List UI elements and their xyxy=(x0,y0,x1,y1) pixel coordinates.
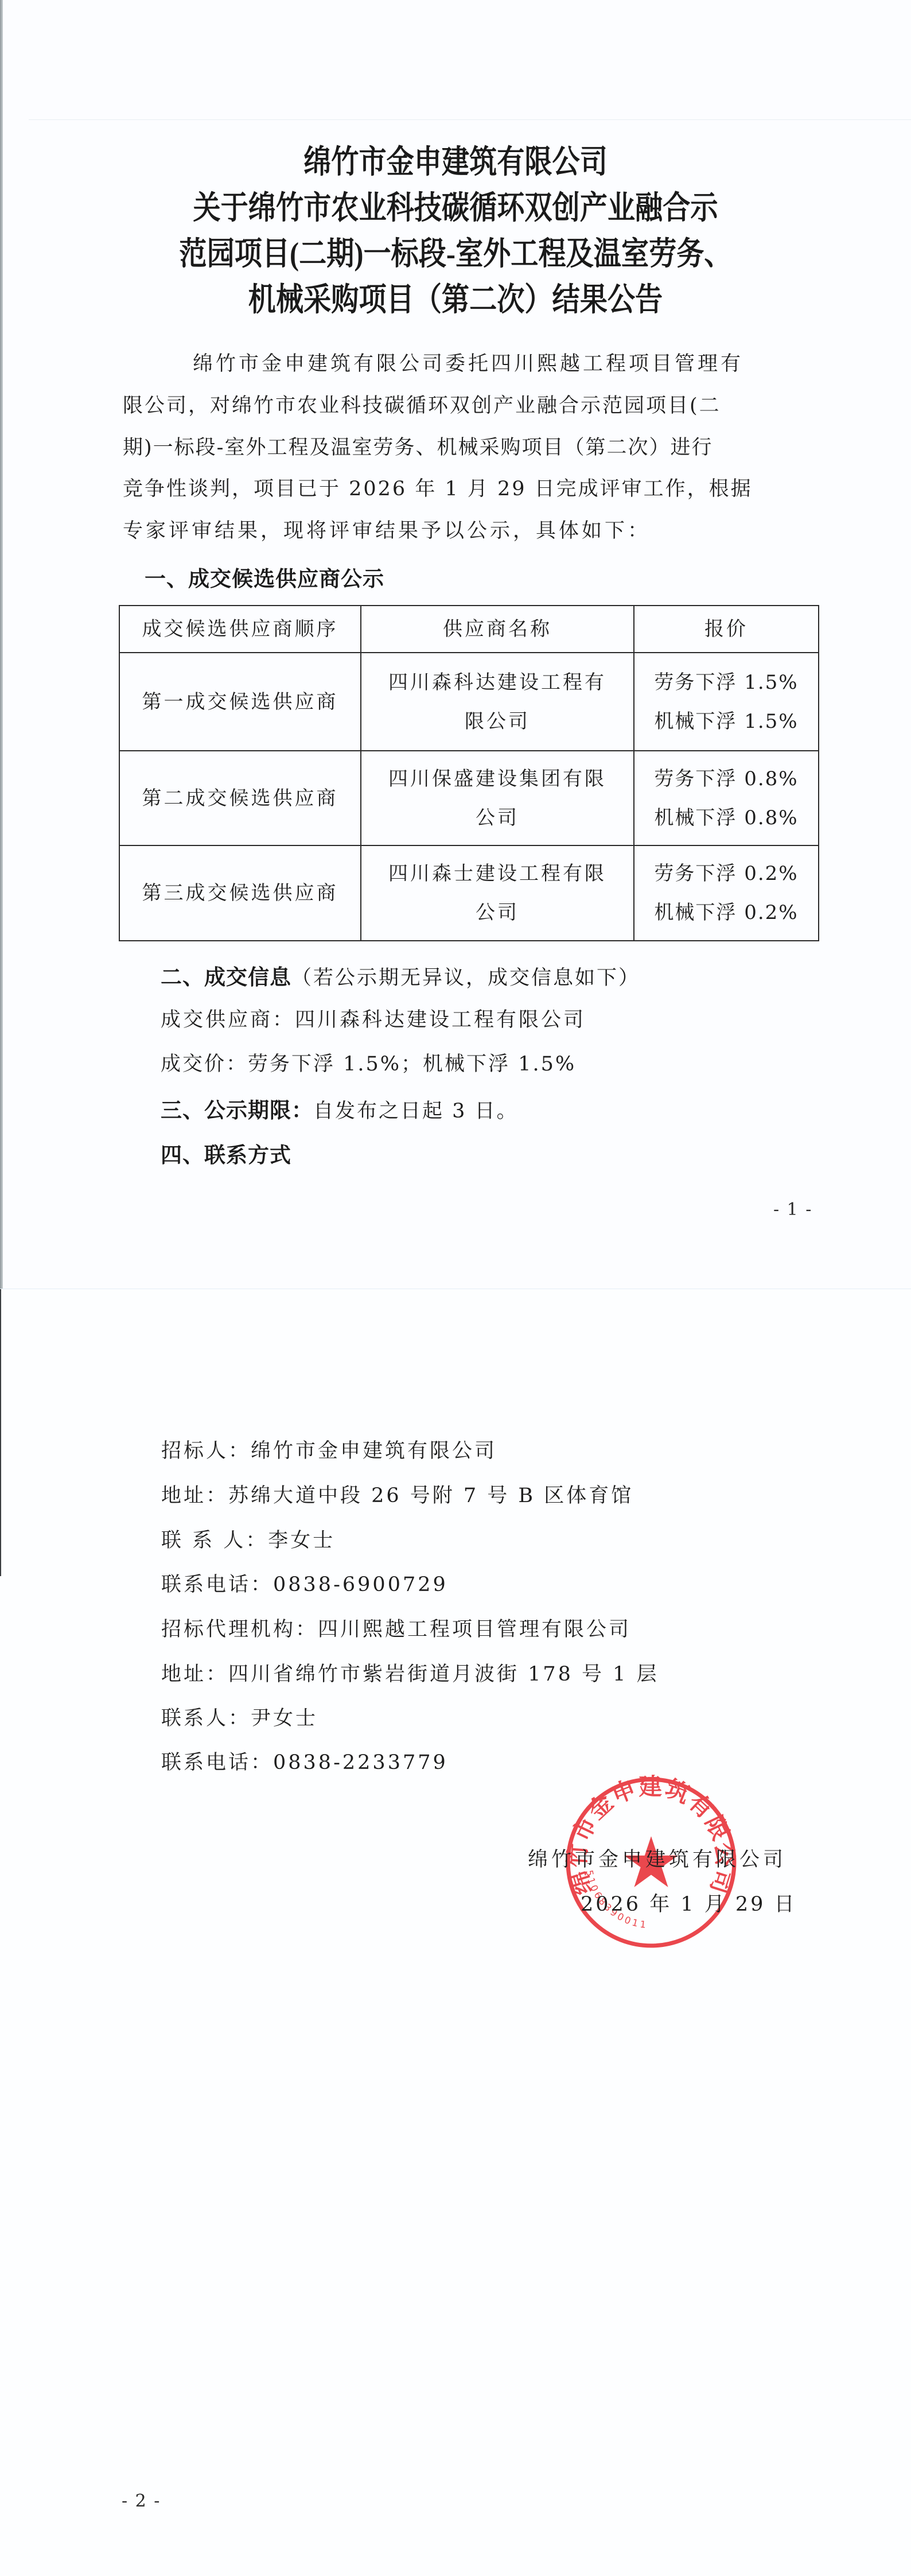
price-line: 劳务下浮 0.8% xyxy=(654,759,798,798)
scan-left-edge xyxy=(0,0,3,1289)
supplier-cell: 四川森士建设工程有限 公司 xyxy=(361,846,634,940)
section-4-heading: 四、联系方式 xyxy=(161,1138,291,1169)
intro-line-3: 期)一标段-室外工程及温室劳务、机械采购项目（第二次）进行 xyxy=(123,432,713,460)
supplier-line: 四川保盛建设集团有限 xyxy=(388,759,606,798)
tenderer-address: 地址：苏绵大道中段 26 号附 7 号 B 区体育馆 xyxy=(161,1480,633,1508)
section-2-note: （若公示期无异议，成交信息如下） xyxy=(291,967,640,990)
price-line: 机械下浮 1.5% xyxy=(654,702,798,741)
section-2-heading: 二、成交信息（若公示期无异议，成交信息如下） xyxy=(161,960,640,991)
supplier-cell: 四川保盛建设集团有限 公司 xyxy=(361,751,634,845)
section-3-title: 三、公示期限： xyxy=(161,1098,313,1123)
candidate-table: 成交候选供应商顺序 供应商名称 报价 第一成交候选供应商 四川森科达建设工程有 … xyxy=(119,605,819,941)
price-cell: 劳务下浮 0.2% 机械下浮 0.2% xyxy=(634,846,818,940)
supplier-line: 限公司 xyxy=(465,702,530,741)
signature-date: 2026 年 1 月 29 日 xyxy=(581,1888,797,1917)
scan-left-edge xyxy=(0,1289,1,1576)
title-line-1: 绵竹市金申建筑有限公司 xyxy=(64,137,847,183)
supplier-line: 四川森士建设工程有限 xyxy=(388,854,606,893)
agency-phone: 联系电话：0838-2233779 xyxy=(161,1747,448,1775)
rank-cell: 第二成交候选供应商 xyxy=(120,751,361,845)
title-line-3: 范园项目(二期)一标段-室外工程及温室劳务、 xyxy=(64,228,847,274)
intro-line-5: 专家评审结果，现将评审结果予以公示，具体如下： xyxy=(123,515,651,544)
agency-contact: 联系人：尹女士 xyxy=(161,1702,318,1731)
agency: 招标代理机构：四川熙越工程项目管理有限公司 xyxy=(161,1613,631,1642)
price-line: 劳务下浮 1.5% xyxy=(654,663,798,702)
signature-company: 绵竹市金申建筑有限公司 xyxy=(528,1844,787,1872)
table-row: 第一成交候选供应商 四川森科达建设工程有 限公司 劳务下浮 1.5% 机械下浮 … xyxy=(120,652,818,750)
price-line: 机械下浮 0.8% xyxy=(654,798,798,837)
deal-price: 成交价：劳务下浮 1.5%；机械下浮 1.5% xyxy=(161,1048,576,1077)
page-number-1: - 1 - xyxy=(773,1200,812,1220)
agency-address: 地址：四川省绵竹市紫岩街道月波街 178 号 1 层 xyxy=(161,1658,659,1687)
header-supplier: 供应商名称 xyxy=(361,606,634,652)
tenderer: 招标人：绵竹市金申建筑有限公司 xyxy=(161,1435,497,1464)
tenderer-contact: 联 系 人：李女士 xyxy=(161,1524,335,1553)
section-2-title: 二、成交信息 xyxy=(161,965,291,990)
title-line-4: 机械采购项目（第二次）结果公告 xyxy=(64,274,847,320)
tenderer-phone: 联系电话：0838-6900729 xyxy=(161,1569,448,1597)
scan-top-rule xyxy=(29,119,911,120)
supplier-line: 公司 xyxy=(476,893,519,932)
page-number-2: - 2 - xyxy=(122,2491,161,2511)
header-price: 报价 xyxy=(634,606,818,652)
supplier-line: 公司 xyxy=(476,798,519,837)
title-line-2: 关于绵竹市农业科技碳循环双创产业融合示 xyxy=(64,183,847,228)
intro-line-2: 限公司，对绵竹市农业科技碳循环双创产业融合示范园项目(二 xyxy=(123,390,721,418)
rank-cell: 第三成交候选供应商 xyxy=(120,846,361,940)
section-1-heading: 一、成交候选供应商公示 xyxy=(145,561,384,592)
price-cell: 劳务下浮 1.5% 机械下浮 1.5% xyxy=(634,653,818,750)
rank-cell: 第一成交候选供应商 xyxy=(120,653,361,750)
deal-supplier: 成交供应商：四川森科达建设工程有限公司 xyxy=(161,1004,586,1033)
supplier-cell: 四川森科达建设工程有 限公司 xyxy=(361,653,634,750)
price-cell: 劳务下浮 0.8% 机械下浮 0.8% xyxy=(634,751,818,845)
header-rank: 成交候选供应商顺序 xyxy=(120,606,361,652)
section-3-text: 自发布之日起 3 日。 xyxy=(313,1100,519,1123)
price-line: 劳务下浮 0.2% xyxy=(654,854,798,893)
supplier-line: 四川森科达建设工程有 xyxy=(388,663,606,702)
table-row: 第二成交候选供应商 四川保盛建设集团有限 公司 劳务下浮 0.8% 机械下浮 0… xyxy=(120,750,818,845)
intro-line-1: 绵竹市金申建筑有限公司委托四川熙越工程项目管理有 xyxy=(193,348,743,377)
intro-line-4: 竞争性谈判，项目已于 2026 年 1 月 29 日完成评审工作，根据 xyxy=(123,473,753,502)
table-row: 第三成交候选供应商 四川森士建设工程有限 公司 劳务下浮 0.2% 机械下浮 0… xyxy=(120,845,818,940)
section-3-heading: 三、公示期限：自发布之日起 3 日。 xyxy=(161,1093,519,1124)
table-header-row: 成交候选供应商顺序 供应商名称 报价 xyxy=(120,606,818,652)
price-line: 机械下浮 0.2% xyxy=(654,893,798,932)
